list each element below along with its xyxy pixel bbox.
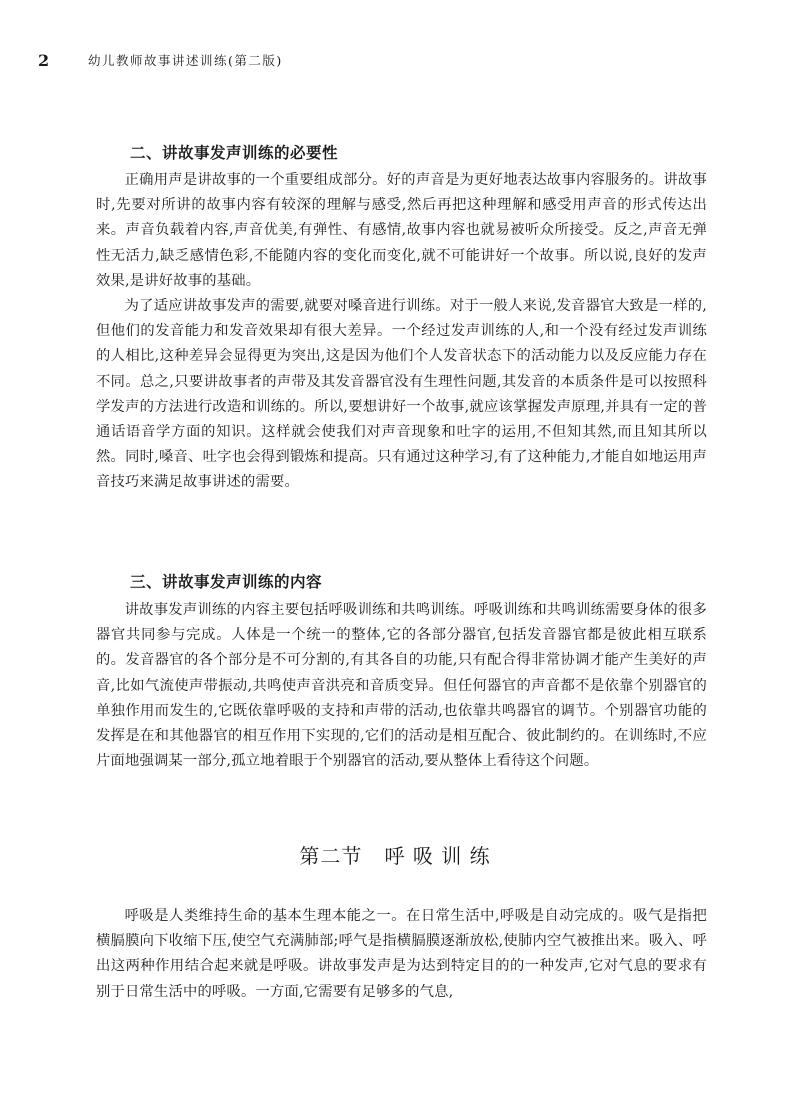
page-number: 2 bbox=[38, 51, 88, 70]
section-heading-content: 三、讲故事发声训练的内容 bbox=[130, 570, 322, 592]
section-heading-necessity: 二、讲故事发声训练的必要性 bbox=[130, 141, 338, 163]
paragraph: 讲故事发声训练的内容主要包括呼吸训练和共鸣训练。呼吸训练和共鸣训练需要身体的很多… bbox=[96, 598, 707, 774]
paragraph: 正确用声是讲故事的一个重要组成部分。好的声音是为更好地表达故事内容服务的。讲故事… bbox=[96, 168, 707, 294]
running-header: 2 幼儿教师故事讲述训练(第二版) bbox=[38, 50, 283, 70]
book-title: 幼儿教师故事讲述训练(第二版) bbox=[88, 51, 283, 69]
paragraph: 呼吸是人类维持生命的基本生理本能之一。在日常生活中,呼吸是自动完成的。吸气是指把… bbox=[96, 904, 707, 1005]
paragraph: 为了适应讲故事发声的需要,就要对嗓音进行训练。对于一般人来说,发音器官大致是一样… bbox=[96, 294, 707, 496]
chapter-section-title: 第二节 呼 吸 训 练 bbox=[0, 840, 790, 869]
